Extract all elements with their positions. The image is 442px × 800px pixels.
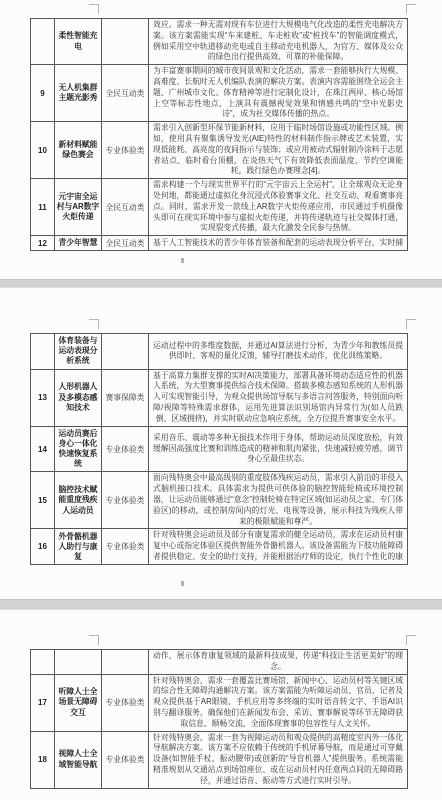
- category-cell: 全民互动类: [102, 65, 149, 122]
- category-cell: 专业体验类: [102, 426, 149, 472]
- description-cell: 针对残特奥会，需求一套为视障运动员和观众提供的高精度室内外一体化导航解决方案。该…: [149, 731, 408, 788]
- description-cell: 动作，展示体育康复领域的最新科技成果，传递“科技让生活更美好”的理念。: [149, 650, 408, 675]
- category-cell: 专业体验类: [102, 122, 149, 179]
- project-title-cell: 脑控技术赋能重度残疾人运动员: [55, 472, 102, 529]
- row-number-cell: 9: [31, 65, 55, 122]
- row-number-cell: [31, 650, 55, 675]
- margin-corner-mark: [406, 4, 416, 14]
- requirements-table-page-1: 柔性智能充电 效应。需求一种无需对现有车位进行大规模电气化改造的柔性充电解决方案…: [30, 18, 408, 251]
- row-number-cell: 17: [31, 674, 55, 731]
- project-title-cell: 外骨骼机器人助行与康复: [55, 529, 102, 565]
- description-cell: 针对残特奥会，需求一套覆盖比赛场馆、新闻中心、运动员村等关键区域的综合性无障碍沟…: [149, 674, 408, 731]
- project-title-cell: 无人机集群主题光影秀: [55, 65, 102, 122]
- document-scroll-area[interactable]: 柔性智能充电 效应。需求一种无需对现有车位进行大规模电气化改造的柔性充电解决方案…: [0, 0, 442, 800]
- table-row: 12 青少年智慧 全民互动类 基于人工智能技术的青少年体育装备和配套的运动表现分…: [31, 236, 408, 251]
- project-title-cell: 元宇宙全运村与AR数字火炬传递: [55, 179, 102, 236]
- project-title-cell: 运动员赛后身心一体化快速恢复系统: [55, 426, 102, 472]
- document-page-2: 体育装备与运动表现分析系统 运动过程中的多维度数据，并通过AI算法进行分析，为青…: [0, 288, 442, 599]
- row-number-cell: 16: [31, 529, 55, 565]
- page-footer-mark: [181, 258, 184, 263]
- margin-corner-mark: [406, 319, 416, 329]
- description-cell: 需求构建一个与现实世界平行的“元宇宙云上全运村”，让全球观众无论身处何地，都能通…: [149, 179, 408, 236]
- project-title-cell: 视障人士全域智能导航: [55, 731, 102, 788]
- category-cell: 全民互动类: [102, 236, 149, 251]
- category-cell: 专业体验类: [102, 731, 149, 788]
- description-cell: 运动过程中的多维度数据，并通过AI算法进行分析，为青少年和教练员提供即时、客观的…: [149, 334, 408, 370]
- row-number-cell: [31, 334, 55, 370]
- table-row: 体育装备与运动表现分析系统 运动过程中的多维度数据，并通过AI算法进行分析，为青…: [31, 334, 408, 370]
- table-row: 14 运动员赛后身心一体化快速恢复系统 专业体验类 采用音乐、震动等多种无损技术…: [31, 426, 408, 472]
- table-row: 15 脑控技术赋能重度残疾人运动员 专业体验类 面向残特奥会中最高级别的重度肢体…: [31, 472, 408, 529]
- margin-corner-mark: [89, 319, 99, 329]
- margin-corner-mark: [89, 4, 99, 14]
- description-cell: 基于高算力集群支撑的实时AI决策能力，部署具备环境动态适应性的机器人系统，为大型…: [149, 369, 408, 426]
- table-row: 10 新材料赋能绿色赛会 专业体验类 需求引入创新型环保节能新材料，应用于临时场…: [31, 122, 408, 179]
- project-title-cell: 新材料赋能绿色赛会: [55, 122, 102, 179]
- requirements-table-page-3: 动作，展示体育康复领域的最新科技成果，传递“科技让生活更美好”的理念。 17 听…: [30, 649, 408, 789]
- row-number-cell: 15: [31, 472, 55, 529]
- description-cell: 采用音乐、震动等多种无损技术作用于身体，帮助运动员深度放松，有效缓解因高强度比赛…: [149, 426, 408, 472]
- table-row: 11 元宇宙全运村与AR数字火炬传递 全民互动类 需求构建一个与现实世界平行的“…: [31, 179, 408, 236]
- category-cell: [102, 19, 149, 65]
- table-row: 13 人形机器人及多模态感知技术 赛事保障类 基于高算力集群支撑的实时AI决策能…: [31, 369, 408, 426]
- table-row: 16 外骨骼机器人助行与康复 专业体验类 针对残特奥会运动员及部分有康复需求的健…: [31, 529, 408, 565]
- project-title-cell: 柔性智能充电: [55, 19, 102, 65]
- row-number-cell: 14: [31, 426, 55, 472]
- table-row: 9 无人机集群主题光影秀 全民互动类 为丰富赛事期间的城市夜间景观和文化活动，需…: [31, 65, 408, 122]
- margin-corner-mark: [89, 635, 99, 645]
- page-separator: [0, 599, 442, 610]
- description-cell: 针对残特奥会运动员及部分有康复需求的健全运动员，需求在运动员村康复中心或指定体验…: [149, 529, 408, 565]
- category-cell: [102, 650, 149, 675]
- project-title-cell: 听障人士全场景无障碍交互: [55, 674, 102, 731]
- row-number-cell: 10: [31, 122, 55, 179]
- document-page-3: 动作，展示体育康复领域的最新科技成果，传递“科技让生活更美好”的理念。 17 听…: [0, 610, 442, 800]
- project-title-cell: 青少年智慧: [55, 236, 102, 251]
- table-row: 18 视障人士全域智能导航 专业体验类 针对残特奥会，需求一套为视障运动员和观众…: [31, 731, 408, 788]
- description-cell: 面向残特奥会中最高级别的重度肢体残疾运动员，需求引入前沿的非侵入式脑机接口技术。…: [149, 472, 408, 529]
- category-cell: 专业体验类: [102, 674, 149, 731]
- row-number-cell: [31, 19, 55, 65]
- description-cell: 基于人工智能技术的青少年体育装备和配套的运动表现分析平台，实时捕捉: [149, 236, 408, 251]
- table-row: 动作，展示体育康复领域的最新科技成果，传递“科技让生活更美好”的理念。: [31, 650, 408, 675]
- description-cell: 效应。需求一种无需对现有车位进行大规模电气化改造的柔性充电解决方案。该方案需能实…: [149, 19, 408, 65]
- project-title-cell: [55, 650, 102, 675]
- requirements-table-page-2: 体育装备与运动表现分析系统 运动过程中的多维度数据，并通过AI算法进行分析，为青…: [30, 333, 408, 565]
- margin-corner-mark: [406, 635, 416, 645]
- category-cell: 专业体验类: [102, 472, 149, 529]
- description-cell: 为丰富赛事期间的城市夜间景观和文化活动，需求一套能够执行大规模、高难度、长航时无…: [149, 65, 408, 122]
- description-cell: 需求引入创新型环保节能新材料，应用于临时场馆设施或功能性区域。例如，使用具有聚集…: [149, 122, 408, 179]
- row-number-cell: 12: [31, 236, 55, 251]
- page-footer-mark: [181, 581, 184, 586]
- table-row: 柔性智能充电 效应。需求一种无需对现有车位进行大规模电气化改造的柔性充电解决方案…: [31, 19, 408, 65]
- project-title-cell: 人形机器人及多模态感知技术: [55, 369, 102, 426]
- row-number-cell: 13: [31, 369, 55, 426]
- document-page-1: 柔性智能充电 效应。需求一种无需对现有车位进行大规模电气化改造的柔性充电解决方案…: [0, 0, 442, 279]
- category-cell: 赛事保障类: [102, 369, 149, 426]
- row-number-cell: 11: [31, 179, 55, 236]
- project-title-cell: 体育装备与运动表现分析系统: [55, 334, 102, 370]
- table-row: 17 听障人士全场景无障碍交互 专业体验类 针对残特奥会，需求一套覆盖比赛场馆、…: [31, 674, 408, 731]
- category-cell: 专业体验类: [102, 529, 149, 565]
- page-separator: [0, 279, 442, 288]
- category-cell: [102, 334, 149, 370]
- row-number-cell: 18: [31, 731, 55, 788]
- category-cell: 全民互动类: [102, 179, 149, 236]
